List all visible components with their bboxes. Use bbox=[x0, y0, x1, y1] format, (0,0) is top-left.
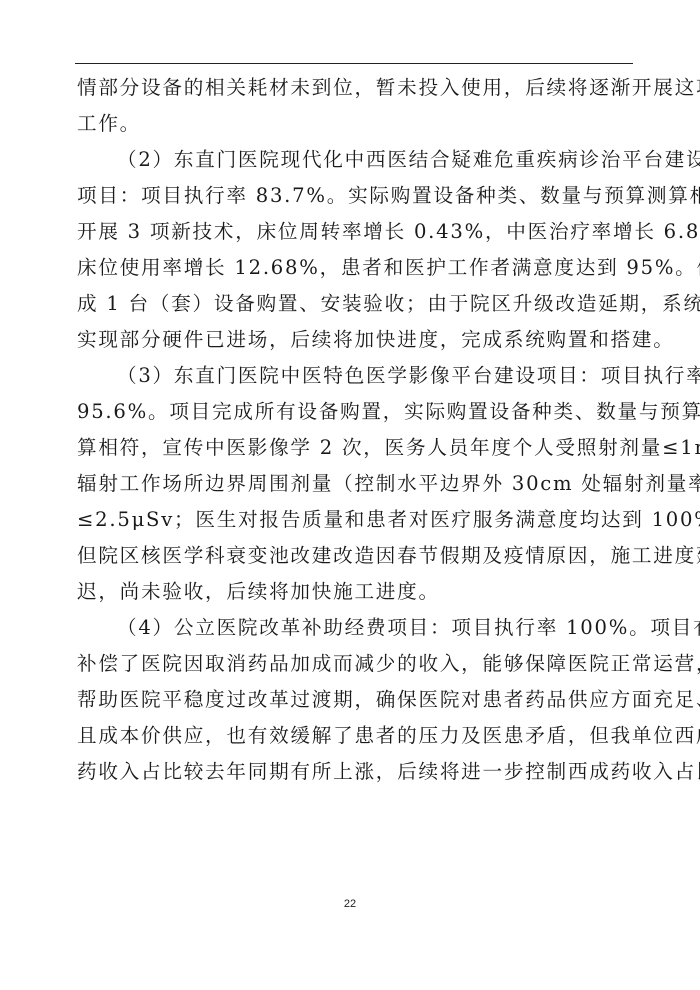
text-line: 开展 3 项新技术，床位周转率增长 0.43%，中医治疗率增长 6.86%， bbox=[77, 214, 637, 250]
text-line: 药收入占比较去年同期有所上涨，后续将进一步控制西成药收入占比。 bbox=[77, 754, 637, 790]
text-line: 床位使用率增长 12.68%，患者和医护工作者满意度达到 95%。但仅完 bbox=[77, 250, 637, 286]
text-line: 95.6%。项目完成所有设备购置，实际购置设备种类、数量与预算测 bbox=[77, 394, 637, 430]
text-line: 补偿了医院因取消药品加成而减少的收入，能够保障医院正常运营， bbox=[77, 646, 637, 682]
text-line: 实现部分硬件已进场，后续将加快进度，完成系统购置和搭建。 bbox=[77, 322, 637, 358]
text-line: 帮助医院平稳度过改革过渡期，确保医院对患者药品供应方面充足、 bbox=[77, 682, 637, 718]
paragraph-item-4: （4）公立医院改革补助经费项目：项目执行率 100%。项目有效 补偿了医院因取消… bbox=[77, 610, 637, 790]
paragraph-item-2: （2）东直门医院现代化中西医结合疑难危重疾病诊治平台建设 项目：项目执行率 83… bbox=[77, 142, 637, 358]
text-line: 成 1 台（套）设备购置、安装验收；由于院区升级改造延期，系统仅 bbox=[77, 286, 637, 322]
paragraph-continuation: 情部分设备的相关耗材未到位，暂未投入使用，后续将逐渐开展这项 工作。 bbox=[77, 70, 637, 142]
document-page: 情部分设备的相关耗材未到位，暂未投入使用，后续将逐渐开展这项 工作。 （2）东直… bbox=[0, 0, 700, 990]
text-line: 迟，尚未验收，后续将加快施工进度。 bbox=[77, 574, 637, 610]
text-line: （3）东直门医院中医特色医学影像平台建设项目：项目执行率 bbox=[77, 358, 637, 394]
text-line: 项目：项目执行率 83.7%。实际购置设备种类、数量与预算测算相符， bbox=[77, 178, 637, 214]
paragraph-item-3: （3）东直门医院中医特色医学影像平台建设项目：项目执行率 95.6%。项目完成所… bbox=[77, 358, 637, 610]
header-divider bbox=[75, 63, 633, 64]
text-line: ≤2.5μSv；医生对报告质量和患者对医疗服务满意度均达到 100%。 bbox=[77, 502, 637, 538]
text-line: 但院区核医学科衰变池改建改造因春节假期及疫情原因，施工进度延 bbox=[77, 538, 637, 574]
body-text: 情部分设备的相关耗材未到位，暂未投入使用，后续将逐渐开展这项 工作。 （2）东直… bbox=[77, 70, 637, 790]
text-line: 情部分设备的相关耗材未到位，暂未投入使用，后续将逐渐开展这项 bbox=[77, 70, 637, 106]
text-line: 辐射工作场所边界周围剂量（控制水平边界外 30cm 处辐射剂量率） bbox=[77, 466, 637, 502]
text-line: （2）东直门医院现代化中西医结合疑难危重疾病诊治平台建设 bbox=[77, 142, 637, 178]
text-line: 工作。 bbox=[77, 106, 637, 142]
text-line: （4）公立医院改革补助经费项目：项目执行率 100%。项目有效 bbox=[77, 610, 637, 646]
page-number: 22 bbox=[0, 898, 700, 910]
text-line: 算相符，宣传中医影像学 2 次，医务人员年度个人受照射剂量≤1msv， bbox=[77, 430, 637, 466]
text-line: 且成本价供应，也有效缓解了患者的压力及医患矛盾，但我单位西成 bbox=[77, 718, 637, 754]
